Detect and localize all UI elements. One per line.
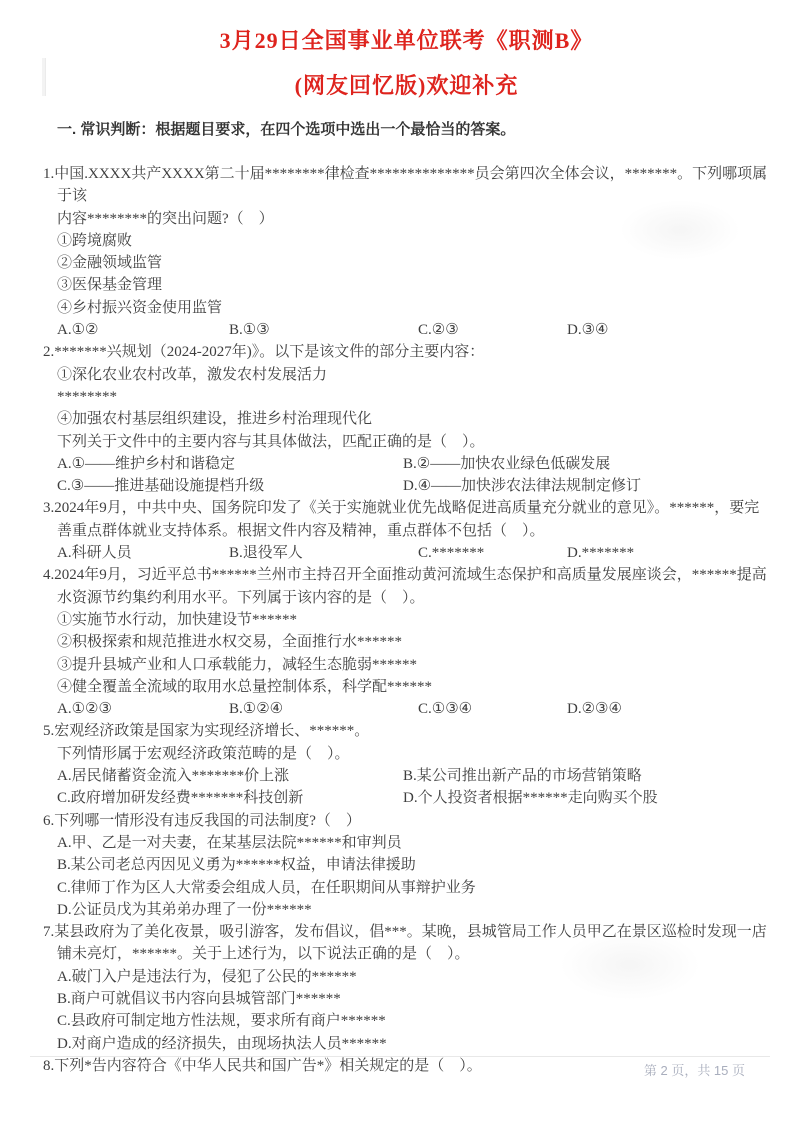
question-2-option: B.②——加快农业绿色低碳发展 [403,453,770,475]
question-3-option: A.科研人员 [57,542,229,564]
question-6-option: B.某公司老总丙因见义勇为******权益，申请法律援助 [57,854,770,876]
question-2-item: 下列关于文件中的主要内容与其具体做法，匹配正确的是（ ）。 [57,431,770,453]
question-4-item: ③提升县城产业和人口承载能力，减轻生态脆弱****** [57,654,770,676]
question-6-option: C.律师丁作为区人大常委会组成人员，在任职期间从事辩护业务 [57,877,770,899]
scan-artifact [42,58,46,96]
question-6-option: A.甲、乙是一对夫妻，在某基层法院******和审判员 [57,832,770,854]
scan-smudge [560,930,700,1000]
document-title-line2: (网友回忆版)欢迎补充 [43,74,770,98]
question-4-item: ④健全覆盖全流域的取用水总量控制体系，科学配****** [57,676,770,698]
question-4-option: C.①③④ [418,698,567,720]
question-1-option: B.①③ [229,319,418,341]
question-2-item: ******** [57,386,770,408]
scan-smudge [620,200,740,260]
question-4-option: D.②③④ [567,698,770,720]
question-6: 6.下列哪一情形没有违反我国的司法制度?（ ）A.甲、乙是一对夫妻，在某基层法院… [43,810,770,921]
question-7-option: D.对商户造成的经济损失，由现场执法人员****** [57,1033,770,1055]
exam-document-page: 3月29日全国事业单位联考《职测B》 (网友回忆版)欢迎补充 一. 常识判断：根… [0,0,800,1132]
question-3-option: B.退役军人 [229,542,418,564]
question-6-stem-line: 6.下列哪一情形没有违反我国的司法制度?（ ） [57,810,770,832]
question-4-item: ①实施节水行动，加快建设节****** [57,609,770,631]
question-4-item: ②积极探索和规范推进水权交易，全面推行水****** [57,631,770,653]
question-2-option: A.①——维护乡村和谐稳定 [57,453,403,475]
document-title-line1: 3月29日全国事业单位联考《职测B》 [43,0,770,53]
question-5-option: C.政府增加研发经费*******科技创新 [57,787,403,809]
question-2-option: C.③——推进基础设施提档升级 [57,475,403,497]
question-1-options: A.①②B.①③C.②③D.③④ [57,319,770,341]
question-5-stem-line: 下列情形属于宏观经济政策范畴的是（ ）。 [57,743,770,765]
question-1-item: ③医保基金管理 [57,274,770,296]
question-2: 2.*******兴规划（2024-2027年)》。以下是该文件的部分主要内容：… [43,341,770,497]
question-3-stem-line: 善重点群体就业支持体系。根据文件内容及精神，重点群体不包括（ ）。 [57,520,770,542]
question-4-stem-line: 水资源节约集约利用水平。下列属于该内容的是（ ）。 [57,587,770,609]
question-5-option: A.居民储蓄资金流入*******价上涨 [57,765,403,787]
question-1-item: ④乡村振兴资金使用监管 [57,297,770,319]
question-1-option: C.②③ [418,319,567,341]
question-7-option: C.县政府可制定地方性法规，要求所有商户****** [57,1010,770,1032]
question-5-stem-line: 5.宏观经济政策是国家为实现经济增长、******。 [57,720,770,742]
question-4-option: B.①②④ [229,698,418,720]
question-2-stem-line: 2.*******兴规划（2024-2027年)》。以下是该文件的部分主要内容： [57,341,770,363]
question-3-options: A.科研人员B.退役军人C.*******D.******* [57,542,770,564]
section-heading: 一. 常识判断：根据题目要求，在四个选项中选出一个最恰当的答案。 [57,120,770,140]
question-3-stem-line: 3.2024年9月，中共中央、国务院印发了《关于实施就业优先战略促进高质量充分就… [57,497,770,519]
question-2-option: D.④——加快涉农法律法规制定修订 [403,475,770,497]
question-3: 3.2024年9月，中共中央、国务院印发了《关于实施就业优先战略促进高质量充分就… [43,497,770,564]
question-5: 5.宏观经济政策是国家为实现经济增长、******。下列情形属于宏观经济政策范畴… [43,720,770,809]
question-3-option: D.******* [567,542,770,564]
question-1-option: D.③④ [567,319,770,341]
question-5-option: B.某公司推出新产品的市场营销策略 [403,765,770,787]
footer-divider [30,1056,770,1057]
question-5-option: D.个人投资者根据******走向购买个股 [403,787,770,809]
question-2-options: A.①——维护乡村和谐稳定B.②——加快农业绿色低碳发展C.③——推进基础设施提… [57,453,770,498]
question-4-options: A.①②③B.①②④C.①③④D.②③④ [57,698,770,720]
question-6-option: D.公证员戊为其弟弟办理了一份****** [57,899,770,921]
question-4-option: A.①②③ [57,698,229,720]
question-4-stem-line: 4.2024年9月，习近平总书******兰州市主持召开全面推动黄河流域生态保护… [57,564,770,586]
question-2-item: ①深化农业农村改革，激发农村发展活力 [57,364,770,386]
question-1-option: A.①② [57,319,229,341]
question-5-options: A.居民储蓄资金流入*******价上涨B.某公司推出新产品的市场营销策略C.政… [57,765,770,810]
question-4: 4.2024年9月，习近平总书******兰州市主持召开全面推动黄河流域生态保护… [43,564,770,720]
question-2-item: ④加强农村基层组织建设，推进乡村治理现代化 [57,408,770,430]
page-number-indicator: 第 2 页，共 15 页 [644,1062,745,1080]
question-3-option: C.******* [418,542,567,564]
